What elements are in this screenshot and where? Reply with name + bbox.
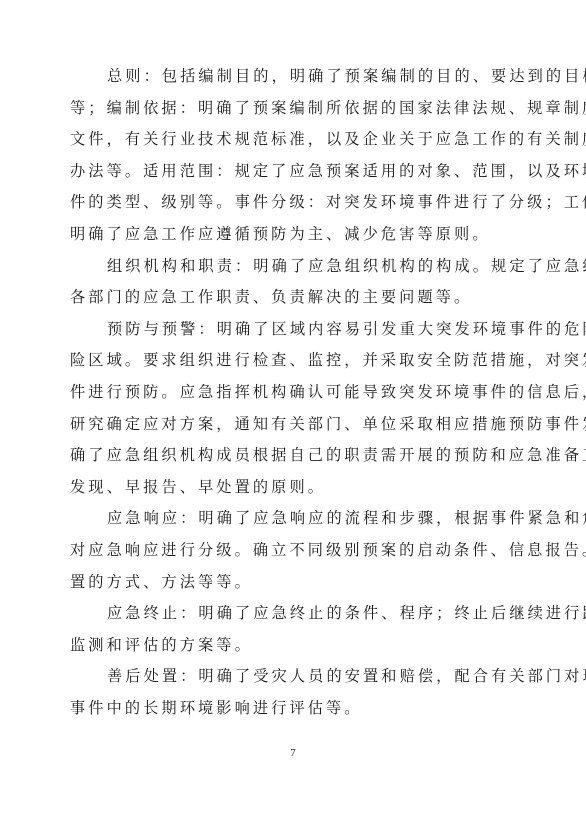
- text-line: 各部门的应急工作职责、负责解决的主要问题等。: [70, 282, 520, 314]
- text-line: 件的类型、级别等。事件分级：对突发环境事件进行了分级；工作原则：: [70, 187, 520, 219]
- text-line: 发现、早报告、早处置的原则。: [70, 472, 520, 504]
- paragraph-emergency-termination: 应急终止：明确了应急终止的条件、程序；终止后继续进行跟踪环境 监测和评估的方案等…: [70, 598, 520, 661]
- text-line: 置的方式、方法等等。: [70, 567, 520, 599]
- text-line: 等；编制依据：明确了预案编制所依据的国家法律法规、规章制度，部门: [70, 93, 520, 125]
- paragraph-emergency-response: 应急响应：明确了应急响应的流程和步骤，根据事件紧急和危害程度， 对应急响应进行分…: [70, 503, 520, 598]
- text-line: 险区域。要求组织进行检查、监控，并采取安全防范措施，对突发环境事: [70, 345, 520, 377]
- text-line: 事件中的长期环境影响进行评估等。: [70, 693, 520, 725]
- text-line: 应急终止：明确了应急终止的条件、程序；终止后继续进行跟踪环境: [70, 598, 520, 630]
- text-line: 确了应急组织机构成员根据自己的职责需开展的预防和应急准备工作。早: [70, 440, 520, 472]
- paragraph-general-principles: 总则：包括编制目的，明确了预案编制的目的、要达到的目标和作用 等；编制依据：明确…: [70, 61, 520, 251]
- text-line: 应急响应：明确了应急响应的流程和步骤，根据事件紧急和危害程度，: [70, 503, 520, 535]
- text-line: 办法等。适用范围：规定了应急预案适用的对象、范围，以及环境污染事: [70, 156, 520, 188]
- body-text: 总则：包括编制目的，明确了预案编制的目的、要达到的目标和作用 等；编制依据：明确…: [70, 61, 520, 724]
- paragraph-organization-and-duties: 组织机构和职责：明确了应急组织机构的构成。规定了应急组织体系中 各部门的应急工作…: [70, 251, 520, 314]
- text-line: 明确了应急工作应遵循预防为主、减少危害等原则。: [70, 219, 520, 251]
- text-line: 预防与预警：明确了区域内容易引发重大突发环境事件的危险源、危: [70, 314, 520, 346]
- text-line: 件进行预防。应急指挥机构确认可能导致突发环境事件的信息后，要及时: [70, 377, 520, 409]
- text-line: 善后处置：明确了受灾人员的安置和赔偿，配合有关部门对环境污染: [70, 661, 520, 693]
- page-number: 7: [0, 747, 586, 759]
- text-line: 对应急响应进行分级。确立不同级别预案的启动条件、信息报告。现场处: [70, 535, 520, 567]
- document-page: 总则：包括编制目的，明确了预案编制的目的、要达到的目标和作用 等；编制依据：明确…: [0, 0, 586, 831]
- text-line: 研究确定应对方案，通知有关部门、单位采取相应措施预防事件发生。明: [70, 409, 520, 441]
- text-line: 总则：包括编制目的，明确了预案编制的目的、要达到的目标和作用: [70, 61, 520, 93]
- paragraph-aftermath-handling: 善后处置：明确了受灾人员的安置和赔偿，配合有关部门对环境污染 事件中的长期环境影…: [70, 661, 520, 724]
- text-line: 文件，有关行业技术规范标准，以及企业关于应急工作的有关制度和管理: [70, 124, 520, 156]
- text-line: 组织机构和职责：明确了应急组织机构的构成。规定了应急组织体系中: [70, 251, 520, 283]
- text-line: 监测和评估的方案等。: [70, 630, 520, 662]
- paragraph-prevention-and-warning: 预防与预警：明确了区域内容易引发重大突发环境事件的危险源、危 险区域。要求组织进…: [70, 314, 520, 504]
